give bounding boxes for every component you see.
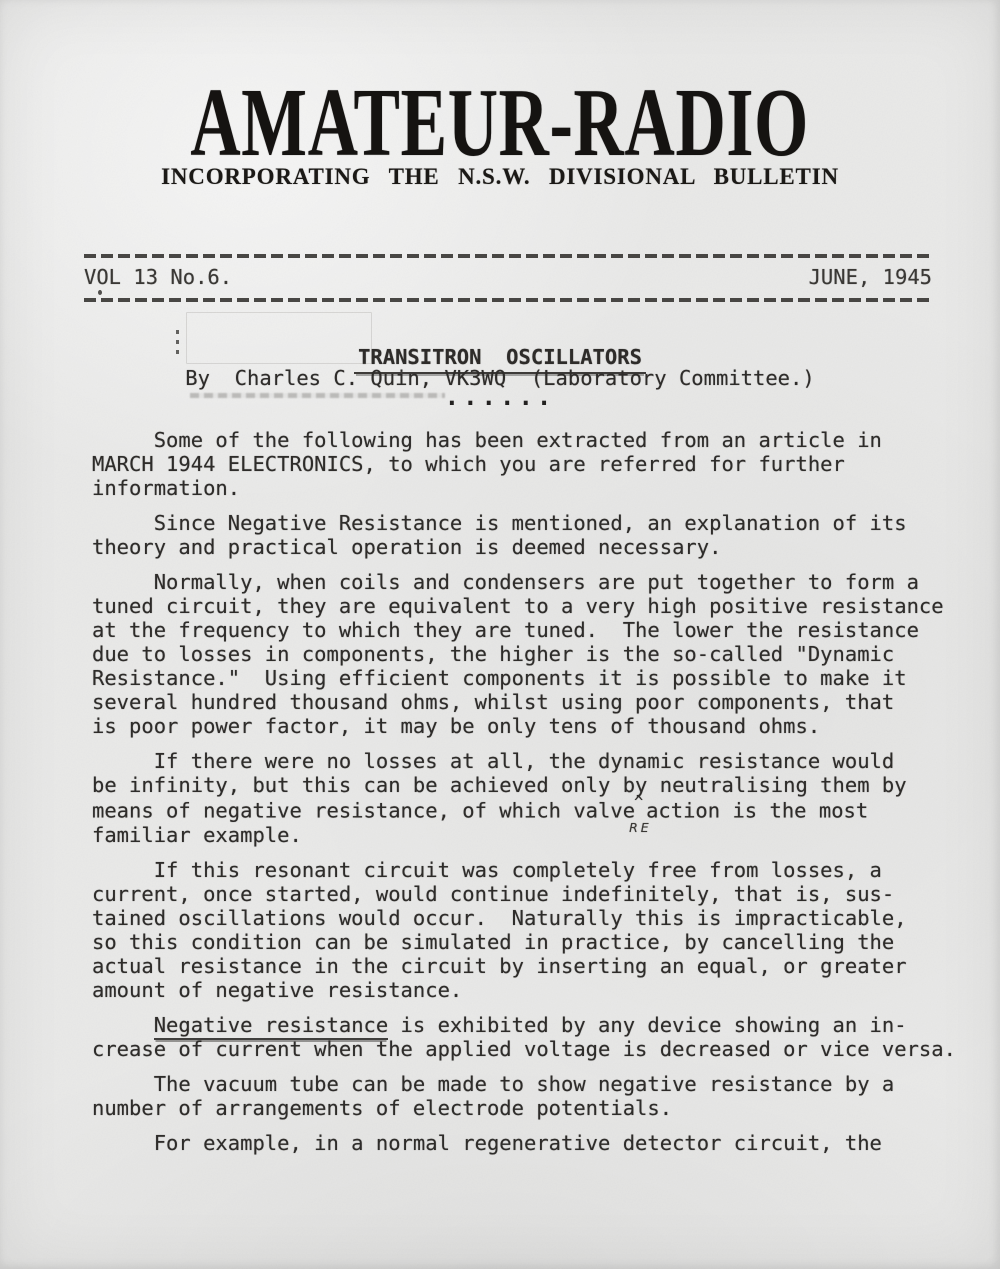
volume-number: VOL 13 No.6.	[84, 265, 232, 289]
underlined-phrase: Negative resistance	[154, 1013, 389, 1040]
paragraph-6: Negative resistance is exhibited by any …	[92, 1013, 972, 1061]
ink-speck	[98, 290, 102, 295]
article-body: Some of the following has been extracted…	[92, 428, 972, 1166]
handwritten-insertion: ^RE	[635, 797, 646, 818]
paragraph-6-indent	[92, 1013, 154, 1037]
caret-mark: ^	[634, 790, 643, 814]
insertion-note: RE	[629, 816, 652, 840]
paragraph-3: Normally, when coils and condensers are …	[92, 570, 972, 738]
dashed-rule-bottom	[84, 298, 934, 302]
masthead-title-text: AMATEUR-RADIO	[191, 78, 810, 168]
masthead-title: AMATEUR-RADIO	[0, 78, 1000, 168]
paragraph-4: If there were no losses at all, the dyna…	[92, 749, 972, 847]
paragraph-1: Some of the following has been extracted…	[92, 428, 972, 500]
divider-dots: ......	[0, 383, 1000, 411]
issue-line: VOL 13 No.6. JUNE, 1945	[84, 265, 932, 289]
issue-date: JUNE, 1945	[809, 265, 932, 289]
masthead-subtitle: INCORPORATING THE N.S.W. DIVISIONAL BULL…	[0, 164, 1000, 190]
paragraph-8: For example, in a normal regenerative de…	[92, 1131, 972, 1155]
scanned-page: AMATEUR-RADIO INCORPORATING THE N.S.W. D…	[0, 0, 1000, 1269]
dashed-rule-top	[84, 254, 934, 258]
paragraph-7: The vacuum tube can be made to show nega…	[92, 1072, 972, 1120]
paragraph-5: If this resonant circuit was completely …	[92, 858, 972, 1002]
paragraph-2: Since Negative Resistance is mentioned, …	[92, 511, 972, 559]
